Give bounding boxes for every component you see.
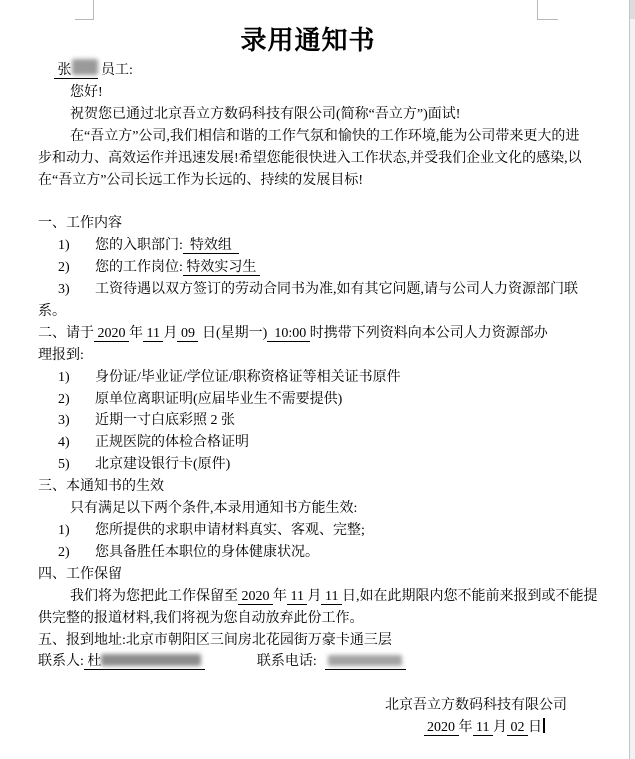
doc-line[interactable]: 1)身份证/毕业证/学位证/职称资格证等相关证书原件 bbox=[38, 367, 578, 389]
text-run: 身份证/毕业证/学位证/职称资格证等相关证书原件 bbox=[95, 370, 401, 385]
item-number: 3) bbox=[58, 279, 95, 301]
text-run: 您好! bbox=[70, 85, 103, 100]
text-run: 理报到: bbox=[38, 348, 84, 363]
doc-line[interactable]: 步和动力、高效运作并迅速发展!希望您能很快进入工作状态,并受我们企业文化的感染,… bbox=[38, 148, 578, 170]
text-run: 北京吾立方数码科技有限公司 bbox=[385, 698, 567, 713]
item-number: 4) bbox=[58, 432, 95, 454]
text-run: 祝贺您已通过北京吾立方数码科技有限公司(简称“吾立方”)面试! bbox=[70, 107, 460, 122]
doc-line[interactable]: 3)近期一寸白底彩照 2 张 bbox=[38, 410, 578, 432]
blank-line[interactable] bbox=[38, 673, 578, 695]
underlined-field: 11 bbox=[321, 589, 341, 605]
underlined-field: 02 bbox=[507, 720, 528, 736]
text-run: 在“吾立方”公司长远工作为长远的、持续的发展目标! bbox=[38, 173, 363, 188]
doc-line[interactable]: 一、工作内容 bbox=[38, 213, 578, 235]
doc-line[interactable]: 2020 年 11 月 02 日 bbox=[38, 717, 578, 739]
underlined-field: 2020 bbox=[424, 720, 459, 736]
doc-line[interactable]: 祝贺您已通过北京吾立方数码科技有限公司(简称“吾立方”)面试! bbox=[38, 104, 578, 126]
doc-line[interactable]: 二、请于 2020 年 11 月 09 日(星期一) 10:00 时携带下列资料… bbox=[38, 323, 578, 345]
text-run: 月 bbox=[307, 589, 321, 604]
text-run: 您的入职部门: bbox=[95, 238, 183, 253]
blank-line[interactable] bbox=[38, 191, 578, 213]
underlined-field: 2020 bbox=[94, 326, 129, 342]
text-run: 日(星期一) bbox=[198, 326, 267, 341]
doc-line[interactable]: 只有满足以下两个条件,本录用通知书方能生效: bbox=[38, 498, 578, 520]
doc-line[interactable]: 五、报到地址:北京市朝阳区三间房北花园街万豪卡通三层 bbox=[38, 630, 578, 652]
text-run: 日 bbox=[528, 720, 542, 735]
doc-line[interactable]: 四、工作保留 bbox=[38, 564, 578, 586]
doc-line[interactable]: 在“吾立方”公司,我们相信和谐的工作气氛和愉快的工作环境,能为公司带来更大的进 bbox=[38, 126, 578, 148]
doc-line[interactable]: 2)您具备胜任本职位的身体健康状况。 bbox=[38, 542, 578, 564]
underlined-field: 11 bbox=[473, 720, 493, 736]
doc-line[interactable]: 系。 bbox=[38, 301, 578, 323]
underlined-field: 10:00 bbox=[267, 326, 309, 342]
doc-line[interactable]: 您好! bbox=[38, 82, 578, 104]
underlined-field: 11 bbox=[143, 326, 163, 342]
document-content[interactable]: 录用通知书 张 员工:您好!祝贺您已通过北京吾立方数码科技有限公司(简称“吾立方… bbox=[0, 0, 635, 739]
text-run: 年 bbox=[129, 326, 143, 341]
text-run: 您的工作岗位: bbox=[95, 260, 183, 275]
redacted-blur bbox=[101, 654, 201, 666]
text-run: 正规医院的体检合格证明 bbox=[95, 435, 249, 450]
document-page[interactable]: 录用通知书 张 员工:您好!祝贺您已通过北京吾立方数码科技有限公司(简称“吾立方… bbox=[0, 0, 635, 759]
text-run: 工资待遇以双方签订的劳动合同书为准,如有其它问题,请与公司人力资源部门联 bbox=[95, 282, 578, 297]
doc-line[interactable]: 1)您所提供的求职申请材料真实、客观、完整; bbox=[38, 520, 578, 542]
doc-line[interactable]: 2)原单位离职证明(应届毕业生不需要提供) bbox=[38, 389, 578, 411]
text-run: 原单位离职证明(应届毕业生不需要提供) bbox=[95, 392, 342, 407]
item-number: 1) bbox=[58, 520, 95, 542]
text-run: 联系电话: bbox=[257, 654, 317, 669]
text-run: 年 bbox=[273, 589, 287, 604]
underlined-field bbox=[72, 63, 98, 79]
item-number: 2) bbox=[58, 542, 95, 564]
underlined-field bbox=[101, 654, 201, 670]
underlined-field: 特效实习生 bbox=[183, 260, 260, 276]
doc-line[interactable]: 供完整的报道材料,我们将视为您自动放弃此份工作。 bbox=[38, 608, 578, 630]
text-run: 时携带下列资料向本公司人力资源部办 bbox=[310, 326, 548, 341]
text-run: 您所提供的求职申请材料真实、客观、完整; bbox=[95, 523, 365, 538]
underlined-field bbox=[201, 654, 205, 670]
doc-line[interactable]: 4)正规医院的体检合格证明 bbox=[38, 432, 578, 454]
text-run: 一、工作内容 bbox=[38, 216, 122, 231]
underlined-field: 张 bbox=[54, 63, 72, 79]
item-number: 2) bbox=[58, 257, 95, 279]
doc-line[interactable]: 在“吾立方”公司长远工作为长远的、持续的发展目标! bbox=[38, 170, 578, 192]
text-run: 员工: bbox=[98, 63, 133, 78]
text-run: 近期一寸白底彩照 2 张 bbox=[95, 413, 235, 428]
doc-line[interactable]: 我们将为您把此工作保留至 2020 年 11 月 11 日,如在此期限内您不能前… bbox=[38, 586, 578, 608]
text-run: 三、本通知书的生效 bbox=[38, 479, 164, 494]
item-number: 1) bbox=[58, 235, 95, 257]
text-run: 年 bbox=[459, 720, 473, 735]
item-number: 1) bbox=[58, 367, 95, 389]
underlined-field bbox=[328, 654, 402, 670]
text-run: 供完整的报道材料,我们将视为您自动放弃此份工作。 bbox=[38, 611, 364, 626]
doc-line[interactable]: 1)您的入职部门: 特效组 bbox=[38, 235, 578, 257]
item-number: 5) bbox=[58, 454, 95, 476]
item-number: 2) bbox=[58, 389, 95, 411]
text-run: 四、工作保留 bbox=[38, 567, 122, 582]
doc-line[interactable]: 5)北京建设银行卡(原件) bbox=[38, 454, 578, 476]
doc-line[interactable]: 张 员工: bbox=[38, 59, 578, 82]
redacted-blur bbox=[328, 655, 402, 666]
underlined-field: 特效组 bbox=[183, 238, 239, 254]
text-run: 月 bbox=[163, 326, 177, 341]
text-run: 北京建设银行卡(原件) bbox=[95, 457, 230, 472]
underlined-field: 09 bbox=[177, 326, 198, 342]
text-run: 系。 bbox=[38, 304, 66, 319]
document-title: 录用通知书 bbox=[38, 26, 578, 56]
doc-line[interactable]: 理报到: bbox=[38, 345, 578, 367]
doc-line[interactable]: 3)工资待遇以双方签订的劳动合同书为准,如有其它问题,请与公司人力资源部门联 bbox=[38, 279, 578, 301]
text-run: 日,如在此期限内您不能前来报到或不能提 bbox=[342, 589, 598, 604]
doc-line[interactable]: 2)您的工作岗位: 特效实习生 bbox=[38, 257, 578, 279]
document-lines: 张 员工:您好!祝贺您已通过北京吾立方数码科技有限公司(简称“吾立方”)面试!在… bbox=[38, 59, 578, 739]
text-cursor bbox=[543, 718, 545, 733]
doc-line[interactable]: 北京吾立方数码科技有限公司 bbox=[38, 695, 578, 717]
text-run: 步和动力、高效运作并迅速发展!希望您能很快进入工作状态,并受我们企业文化的感染,… bbox=[38, 151, 582, 166]
underlined-field: 2020 bbox=[238, 589, 273, 605]
text-run: 二、请于 bbox=[38, 326, 94, 341]
text-run: 五、报到地址:北京市朝阳区三间房北花园街万豪卡通三层 bbox=[38, 633, 392, 648]
text-run: 在“吾立方”公司,我们相信和谐的工作气氛和愉快的工作环境,能为公司带来更大的进 bbox=[70, 129, 579, 144]
text-run: 联系人: bbox=[38, 654, 84, 669]
underlined-field bbox=[402, 654, 406, 670]
doc-line[interactable]: 联系人: 杜 联系电话: bbox=[38, 651, 578, 673]
item-number: 3) bbox=[58, 410, 95, 432]
text-run: 您具备胜任本职位的身体健康状况。 bbox=[95, 545, 319, 560]
underlined-field: 杜 bbox=[84, 654, 102, 670]
underlined-field: 11 bbox=[287, 589, 307, 605]
text-run: 月 bbox=[493, 720, 507, 735]
doc-line[interactable]: 三、本通知书的生效 bbox=[38, 476, 578, 498]
redacted-blur bbox=[72, 59, 98, 75]
text-run: 我们将为您把此工作保留至 bbox=[70, 589, 238, 604]
text-run: 只有满足以下两个条件,本录用通知书方能生效: bbox=[70, 501, 357, 516]
